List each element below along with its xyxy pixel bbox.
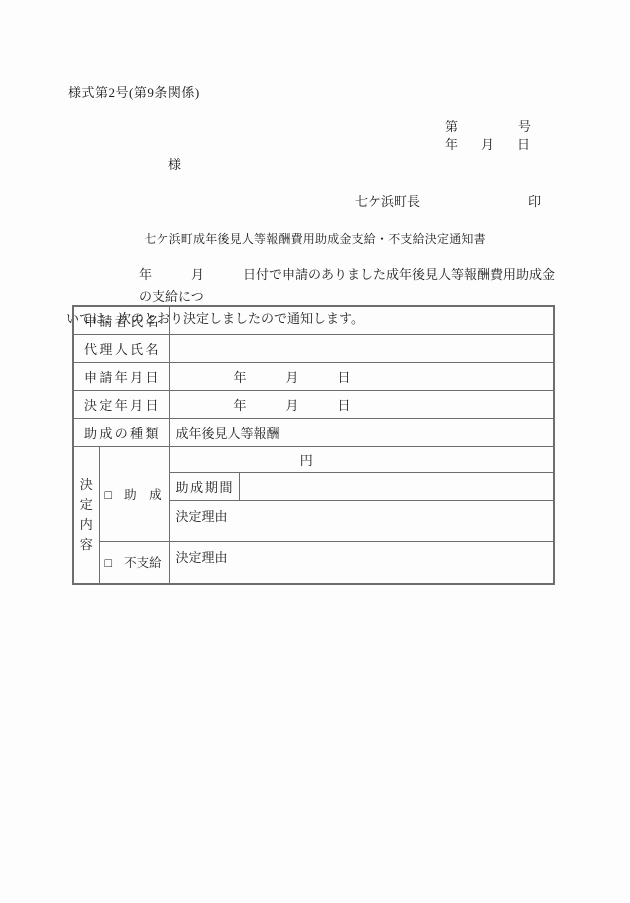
- form-number: 様式第2号(第9条関係): [68, 82, 200, 101]
- row-application-date: 申請年月日 年 月 日: [73, 362, 554, 390]
- grant-option-cell: □助 成: [99, 446, 169, 541]
- grant-checkbox: □: [105, 488, 113, 502]
- grant-option-label: 助 成: [124, 488, 162, 502]
- applicant-name-value: [169, 306, 554, 334]
- grant-reason-cell: 決定理由: [169, 500, 554, 541]
- grant-period-label: 助成期間: [169, 472, 239, 500]
- seal-mark: 印: [528, 191, 541, 210]
- no-grant-reason-label: 決定理由: [176, 550, 228, 565]
- application-date-value: 年 月 日: [169, 362, 554, 390]
- row-no-grant: □不支給 決定理由: [73, 541, 554, 584]
- agent-name-value: [169, 334, 554, 362]
- sender-name: 七ケ浜町長: [355, 191, 420, 210]
- row-agent-name: 代理人氏名: [73, 334, 554, 362]
- grant-reason-label: 決定理由: [176, 509, 228, 524]
- subsidy-type-value: 成年後見人等報酬: [169, 418, 554, 446]
- no-grant-option-cell: □不支給: [99, 541, 169, 584]
- sender-line: 七ケ浜町長 印: [355, 191, 541, 210]
- document-number-line: 第 号: [445, 116, 531, 135]
- row-subsidy-type: 助成の種類 成年後見人等報酬: [73, 418, 554, 446]
- no-grant-option-label: 不支給: [124, 556, 162, 570]
- addressee-honorific: 様: [168, 154, 181, 173]
- decision-content-label-cell: 決定内容: [73, 446, 99, 584]
- applicant-name-label: 申請者氏名: [73, 306, 169, 334]
- decision-content-label: 決定内容: [79, 475, 93, 555]
- body-line-1: 年 月 日付で申請のありました成年後見人等報酬費用助成金の支給につ: [66, 264, 566, 308]
- issue-date-day: 日: [517, 134, 530, 153]
- doc-number-prefix: 第: [445, 116, 458, 135]
- issue-date-year: 年: [445, 134, 458, 153]
- doc-number-suffix: 号: [518, 116, 531, 135]
- document-page: 様式第2号(第9条関係) 第 号 年 月 日 様 七ケ浜町長 印 七ケ浜町成年後…: [0, 0, 630, 903]
- no-grant-reason-cell: 決定理由: [169, 541, 554, 584]
- row-applicant-name: 申請者氏名: [73, 306, 554, 334]
- agent-name-label: 代理人氏名: [73, 334, 169, 362]
- issue-date-month: 月: [481, 134, 494, 153]
- decision-date-label: 決定年月日: [73, 390, 169, 418]
- row-grant-amount: 決定内容 □助 成 円: [73, 446, 554, 472]
- subsidy-type-label: 助成の種類: [73, 418, 169, 446]
- grant-amount-unit-cell: 円: [169, 446, 554, 472]
- row-decision-date: 決定年月日 年 月 日: [73, 390, 554, 418]
- decision-form-table: 申請者氏名 代理人氏名 申請年月日 年 月 日 決定年月日 年 月 日 助成の種…: [72, 305, 555, 585]
- issue-date-line: 年 月 日: [445, 134, 530, 153]
- application-date-label: 申請年月日: [73, 362, 169, 390]
- grant-period-value: [239, 472, 554, 500]
- decision-date-value: 年 月 日: [169, 390, 554, 418]
- document-title: 七ケ浜町成年後見人等報酬費用助成金支給・不支給決定通知書: [0, 230, 630, 247]
- no-grant-checkbox: □: [105, 556, 113, 570]
